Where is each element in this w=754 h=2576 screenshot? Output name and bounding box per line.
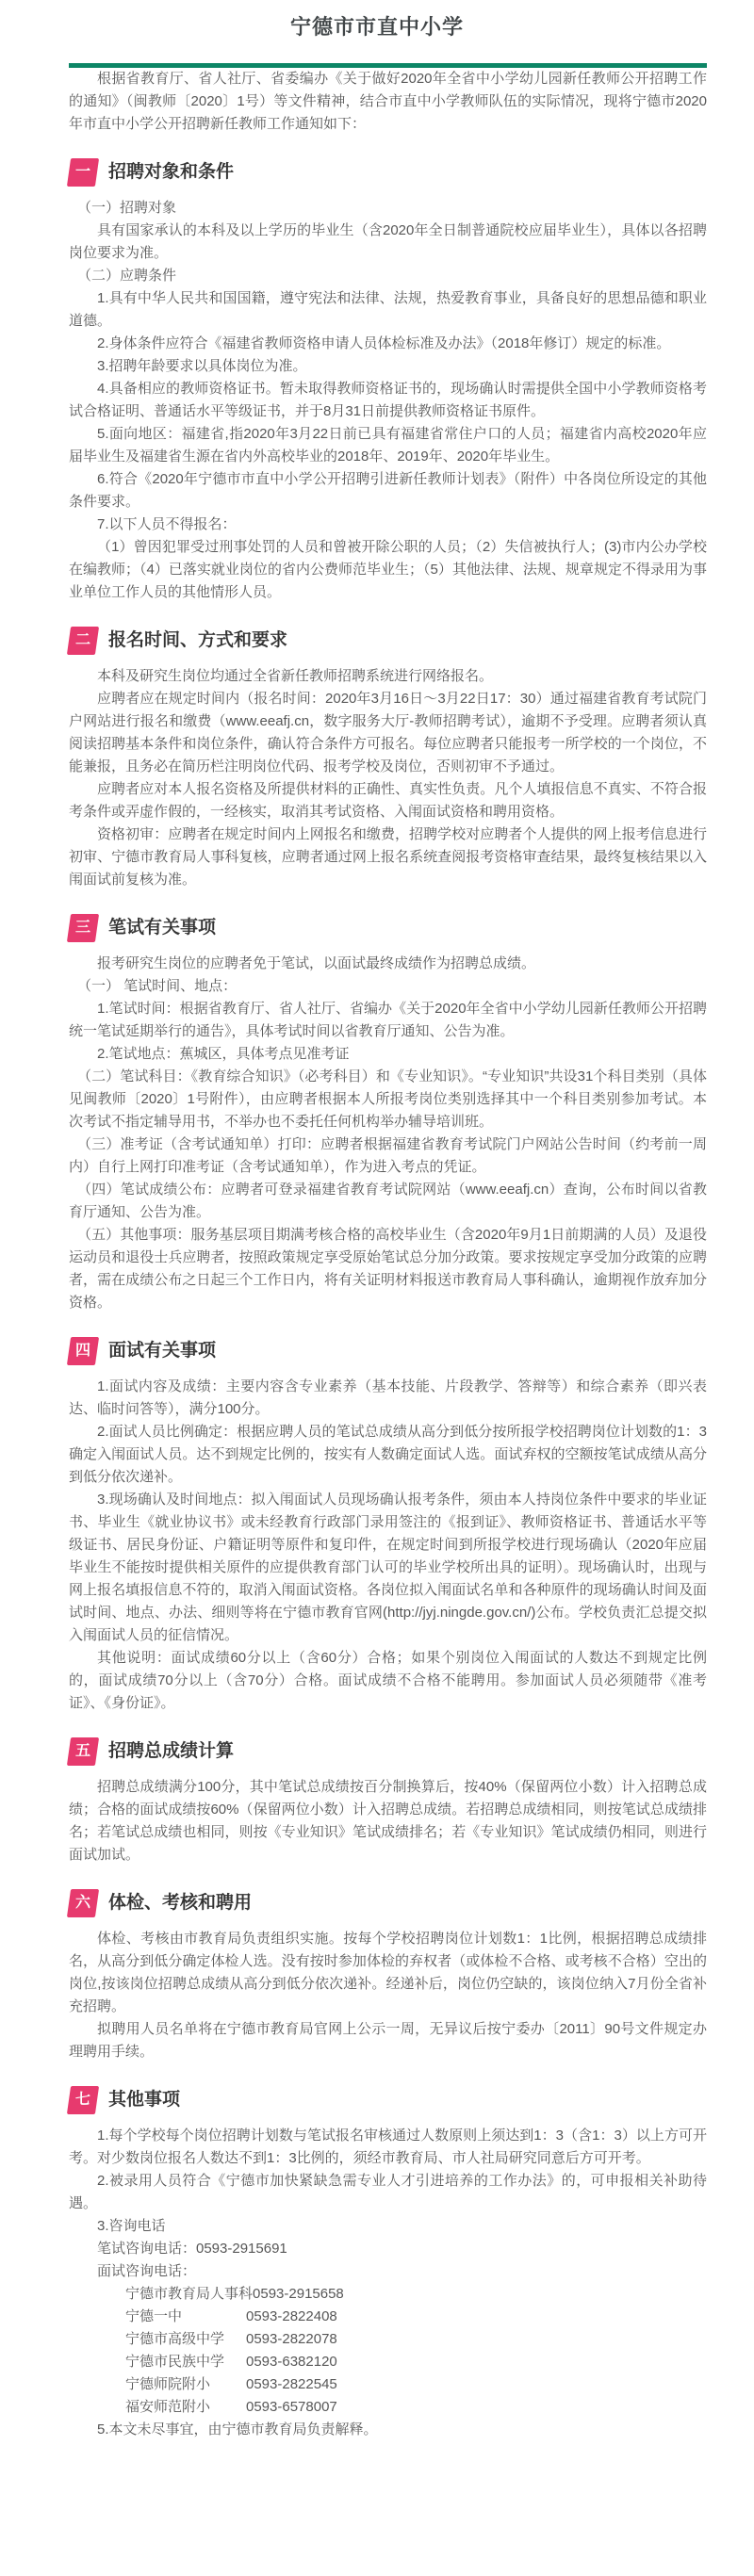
paragraph: 4.具备相应的教师资格证书。暂未取得教师资格证书的，现场确认时需提供全国中小学教… bbox=[69, 378, 707, 423]
section-number: 三 bbox=[75, 921, 90, 936]
paragraph: 7.以下人员不得报名： bbox=[69, 514, 707, 536]
contact-phone: 0593-6382120 bbox=[246, 2354, 337, 2370]
paragraph: （二）应聘条件 bbox=[69, 265, 707, 287]
paragraph: 笔试咨询电话：0593-2915691 bbox=[69, 2238, 707, 2260]
section-number-badge: 五 bbox=[67, 1737, 99, 1766]
paragraph: 拟聘用人员名单将在宁德市教育局官网上公示一周，无异议后按宁委办〔2011〕90号… bbox=[69, 2018, 707, 2063]
section-heading: 三笔试有关事项 bbox=[69, 914, 707, 942]
contact-phone: 0593-2822078 bbox=[246, 2331, 337, 2347]
paragraph: （四）笔试成绩公布：应聘者可登录福建省教育考试院网站（www.eeafj.cn）… bbox=[69, 1179, 707, 1224]
paragraph: 2.身体条件应符合《福建省教师资格申请人员体检标准及办法》（2018年修订）规定… bbox=[69, 333, 707, 355]
paragraph: 报考研究生岗位的应聘者免于笔试，以面试最终成绩作为招聘总成绩。 bbox=[69, 953, 707, 975]
paragraph: 3.咨询电话 bbox=[69, 2215, 707, 2238]
paragraph: 1.笔试时间：根据省教育厅、省人社厅、省编办《关于2020年全省中小学幼儿园新任… bbox=[69, 998, 707, 1043]
section-title: 体检、考核和聘用 bbox=[108, 1891, 252, 1916]
contact-row: 宁德市高级中学0593-2822078 bbox=[69, 2328, 707, 2351]
paragraph: 3.招聘年龄要求以具体岗位为准。 bbox=[69, 355, 707, 378]
section-number: 二 bbox=[75, 633, 90, 648]
paragraph: （二）笔试科目：《教育综合知识》（必考科目）和《专业知识》。“专业知识”共设31… bbox=[69, 1066, 707, 1133]
section-number: 四 bbox=[75, 1344, 90, 1359]
contact-name: 宁德市高级中学 bbox=[97, 2328, 246, 2351]
contact-row: 宁德师院附小0593-2822545 bbox=[69, 2373, 707, 2396]
section-number-badge: 三 bbox=[67, 914, 99, 942]
section: 六体检、考核和聘用体检、考核由市教育局负责组织实施。按每个学校招聘岗位计划数1：… bbox=[69, 1889, 707, 2063]
contact-phone: 0593-2915658 bbox=[253, 2286, 344, 2302]
section-title: 招聘对象和条件 bbox=[108, 160, 234, 185]
notice-body: 根据省教育厅、省人社厅、省委编办《关于做好2020年全省中小学幼儿园新任教师公开… bbox=[69, 63, 707, 2441]
paragraph: （一）招聘对象 bbox=[69, 197, 707, 220]
section-number: 七 bbox=[75, 2093, 90, 2108]
section-title: 招聘总成绩计算 bbox=[108, 1739, 234, 1764]
paragraph: 6.符合《2020年宁德市市直中小学公开招聘引进新任教师计划表》（附件）中各岗位… bbox=[69, 468, 707, 514]
contact-name: 宁德师院附小 bbox=[97, 2373, 246, 2396]
section-heading: 五招聘总成绩计算 bbox=[69, 1737, 707, 1766]
section-number: 六 bbox=[75, 1896, 90, 1911]
paragraph: 2.面试人员比例确定：根据应聘人员的笔试总成绩从高分到低分按所报学校招聘岗位计划… bbox=[69, 1421, 707, 1489]
section-number-badge: 二 bbox=[67, 627, 99, 655]
section-number: 一 bbox=[75, 165, 90, 180]
section-number-badge: 七 bbox=[67, 2086, 99, 2114]
contact-name: 宁德一中 bbox=[97, 2306, 246, 2328]
paragraph: 5.面向地区：福建省,指2020年3月22日前已具有福建省常住户口的人员；福建省… bbox=[69, 423, 707, 468]
paragraph: 2.被录用人员符合《宁德市加快紧缺急需专业人才引进培养的工作办法》的，可申报相关… bbox=[69, 2170, 707, 2215]
section: 一招聘对象和条件（一）招聘对象具有国家承认的本科及以上学历的毕业生（含2020年… bbox=[69, 158, 707, 604]
section-title: 面试有关事项 bbox=[108, 1339, 216, 1363]
section-number-badge: 四 bbox=[67, 1337, 99, 1365]
section-heading: 七其他事项 bbox=[69, 2086, 707, 2114]
section: 五招聘总成绩计算招聘总成绩满分100分，其中笔试总成绩按百分制换算后，按40%（… bbox=[69, 1737, 707, 1867]
contact-row: 宁德市民族中学0593-6382120 bbox=[69, 2351, 707, 2373]
section-title: 笔试有关事项 bbox=[108, 916, 216, 940]
contact-name: 宁德市教育局人事科 bbox=[97, 2283, 253, 2306]
contact-phone: 0593-6578007 bbox=[246, 2399, 337, 2415]
contact-name: 福安师范附小 bbox=[97, 2396, 246, 2419]
paragraph: （1）曾因犯罪受过刑事处罚的人员和曾被开除公职的人员；（2）失信被执行人；(3)… bbox=[69, 536, 707, 604]
paragraph: （一） 笔试时间、地点： bbox=[69, 975, 707, 998]
section: 四面试有关事项1.面试内容及成绩：主要内容含专业素养（基本技能、片段教学、答辩等… bbox=[69, 1337, 707, 1715]
paragraph: 体检、考核由市教育局负责组织实施。按每个学校招聘岗位计划数1：1比例，根据招聘总… bbox=[69, 1928, 707, 2018]
sections: 一招聘对象和条件（一）招聘对象具有国家承认的本科及以上学历的毕业生（含2020年… bbox=[69, 158, 707, 2441]
paragraph: （三）准考证（含考试通知单）打印：应聘者根据福建省教育考试院门户网站公告时间（约… bbox=[69, 1133, 707, 1179]
section-title: 其他事项 bbox=[108, 2088, 180, 2112]
paragraph: 1.具有中华人民共和国国籍，遵守宪法和法律、法规，热爱教育事业，具备良好的思想品… bbox=[69, 287, 707, 333]
paragraph: 资格初审：应聘者在规定时间内上网报名和缴费，招聘学校对应聘者个人提供的网上报考信… bbox=[69, 823, 707, 891]
section-number-badge: 一 bbox=[67, 158, 99, 187]
contact-phone: 0593-2822408 bbox=[246, 2308, 337, 2324]
section-number-badge: 六 bbox=[67, 1889, 99, 1917]
paragraph: 应聘者应对本人报名资格及所提供材料的正确性、真实性负责。凡个人填报信息不真实、不… bbox=[69, 778, 707, 823]
paragraph: 面试咨询电话： bbox=[69, 2260, 707, 2283]
section-heading: 一招聘对象和条件 bbox=[69, 158, 707, 187]
section: 三笔试有关事项报考研究生岗位的应聘者免于笔试，以面试最终成绩作为招聘总成绩。（一… bbox=[69, 914, 707, 1314]
section-heading: 四面试有关事项 bbox=[69, 1337, 707, 1365]
contact-row: 宁德市教育局人事科0593-2915658 bbox=[69, 2283, 707, 2306]
section-title: 报名时间、方式和要求 bbox=[108, 628, 287, 653]
paragraph: 本科及研究生岗位均通过全省新任教师招聘系统进行网络报名。 bbox=[69, 665, 707, 688]
paragraph: 具有国家承认的本科及以上学历的毕业生（含2020年全日制普通院校应届毕业生），具… bbox=[69, 220, 707, 265]
paragraph: 2.笔试地点：蕉城区，具体考点见准考证 bbox=[69, 1043, 707, 1066]
contact-phone: 0593-2822545 bbox=[246, 2376, 337, 2392]
paragraph: 3.现场确认及时间地点：拟入闱面试人员现场确认报考条件，须由本人持岗位条件中要求… bbox=[69, 1489, 707, 1647]
contact-row: 福安师范附小0593-6578007 bbox=[69, 2396, 707, 2419]
paragraph: 其他说明：面试成绩60分以上（含60分）合格；如果个别岗位入闱面试的人数达不到规… bbox=[69, 1647, 707, 1715]
paragraph: 5.本文未尽事宜，由宁德市教育局负责解释。 bbox=[69, 2419, 707, 2441]
contact-row: 宁德一中0593-2822408 bbox=[69, 2306, 707, 2328]
contact-name: 宁德市民族中学 bbox=[97, 2351, 246, 2373]
page-title: 宁德市市直中小学 bbox=[0, 11, 754, 43]
paragraph: 招聘总成绩满分100分，其中笔试总成绩按百分制换算后，按40%（保留两位小数）计… bbox=[69, 1776, 707, 1867]
section-number: 五 bbox=[75, 1744, 90, 1759]
section-heading: 二报名时间、方式和要求 bbox=[69, 627, 707, 655]
section: 二报名时间、方式和要求本科及研究生岗位均通过全省新任教师招聘系统进行网络报名。应… bbox=[69, 627, 707, 891]
paragraph: 1.面试内容及成绩：主要内容含专业素养（基本技能、片段教学、答辩等）和综合素养（… bbox=[69, 1376, 707, 1421]
section: 七其他事项1.每个学校每个岗位招聘计划数与笔试报名审核通过人数原则上须达到1：3… bbox=[69, 2086, 707, 2441]
intro-paragraph: 根据省教育厅、省人社厅、省委编办《关于做好2020年全省中小学幼儿园新任教师公开… bbox=[69, 68, 707, 136]
notice-page: 宁德市市直中小学 根据省教育厅、省人社厅、省委编办《关于做好2020年全省中小学… bbox=[0, 11, 754, 2466]
paragraph: 1.每个学校每个岗位招聘计划数与笔试报名审核通过人数原则上须达到1：3（含1：3… bbox=[69, 2125, 707, 2170]
paragraph: （五）其他事项：服务基层项目期满考核合格的高校毕业生（含2020年9月1日前期满… bbox=[69, 1224, 707, 1314]
section-heading: 六体检、考核和聘用 bbox=[69, 1889, 707, 1917]
paragraph: 应聘者应在规定时间内（报名时间：2020年3月16日～3月22日17：30）通过… bbox=[69, 688, 707, 778]
